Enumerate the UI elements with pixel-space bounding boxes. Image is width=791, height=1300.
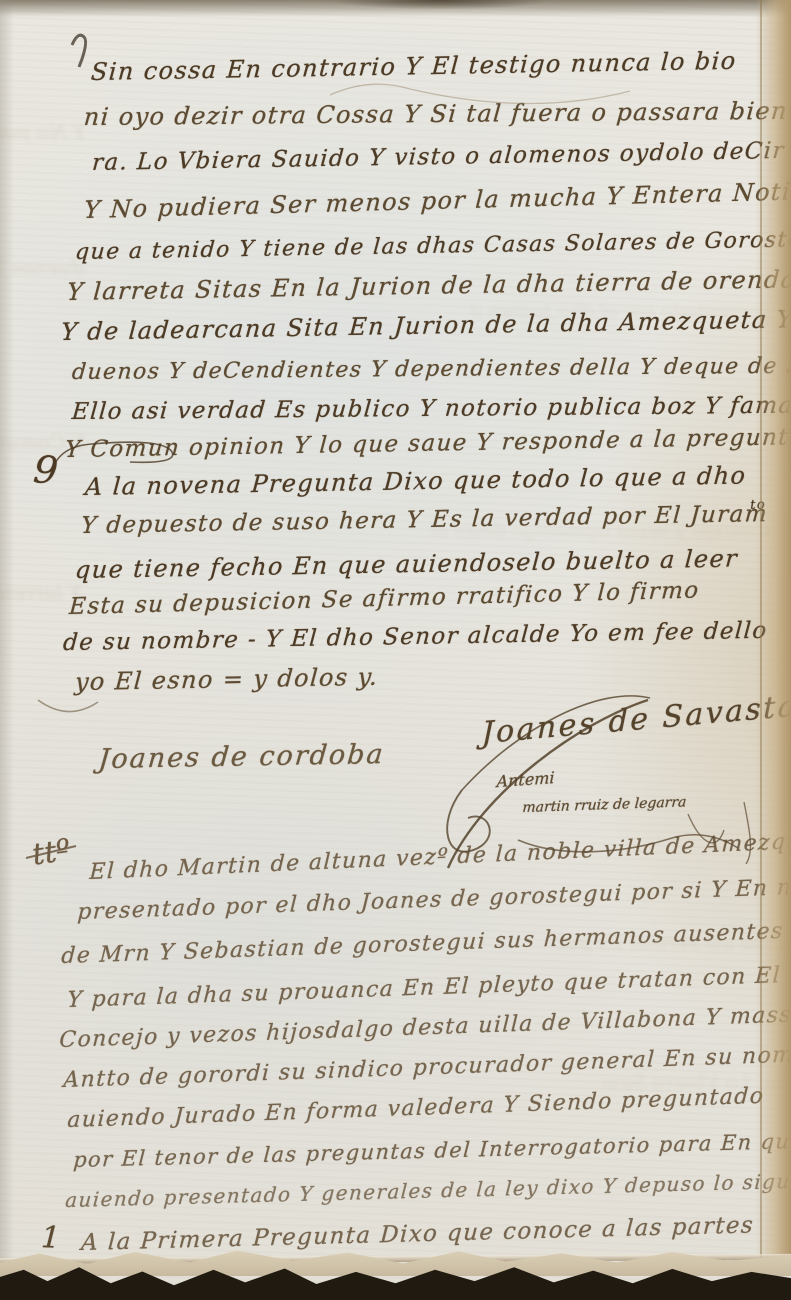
manuscript-line: El dho Martin de altuna vezº de la noble…: [89, 827, 791, 885]
manuscript-line: Y de ladearcana Sita En Jurion de la dha…: [60, 305, 791, 346]
ante-mi-note: Antemi: [496, 768, 555, 791]
manuscript-line: ra. Lo Vbiera Sauido Y visto o alomenos …: [91, 138, 786, 176]
margin-question-number-nine: 9: [31, 447, 60, 493]
manuscript-line: A la novena Pregunta Dixo que todo lo qu…: [84, 461, 747, 501]
alcalde-signature: Joanes de Savastain: [481, 685, 791, 751]
page-top-smudge: [330, 0, 550, 14]
manuscript-line: Esta su depusicion Se afirmo rratifico Y…: [68, 577, 700, 620]
manuscript-line: Y depuesto de suso hera Y Es la verdad p…: [80, 501, 769, 539]
page-left-gutter-shadow: [0, 0, 14, 1300]
manuscript-line: Y Comun opinion Y lo que saue Y responde…: [64, 424, 791, 463]
manuscript-line: Ello asi verdad Es publico Y notorio pub…: [71, 393, 791, 425]
witness-signature: Joanes de cordoba: [97, 739, 386, 775]
manuscript-line: auiendo Jurado En forma valedera Y Siend…: [67, 1084, 765, 1133]
margin-witness-abbreviation: ttº: [30, 833, 73, 873]
manuscript-line: ni oyo dezir otra Cossa Y Si tal fuera o…: [83, 96, 791, 131]
margin-question-number-one: 1: [40, 1220, 61, 1256]
manuscript-line: Y No pudiera Ser menos por la mucha Y En…: [83, 176, 791, 224]
manuscript-page: Y No pudiera Ser menos por la mucha Y En…: [0, 0, 791, 1300]
manuscript-line: de Mrn Y Sebastian de gorostegui sus her…: [61, 919, 785, 969]
manuscript-line: duenos Y deCendientes Y dependientes del…: [71, 353, 791, 385]
manuscript-line: auiendo presentado Y generales de la ley…: [65, 1167, 791, 1212]
ink-blot-mark: [72, 35, 86, 67]
paragraph-end-swash: [38, 700, 98, 712]
manuscript-line: de su nombre - Y El dho Senor alcalde Yo…: [62, 618, 768, 656]
manuscript-line: Sin cossa En contrario Y El testigo nunc…: [90, 47, 738, 86]
notary-signature: martin rruiz de legarra: [522, 794, 687, 816]
page-right-edge-line: [760, 0, 762, 1266]
manuscript-line: yo El esno = y dolos y.: [74, 663, 379, 696]
manuscript-line: Concejo y vezos hijosdalgo desta uilla d…: [59, 1002, 791, 1053]
manuscript-line: que a tenido Y tiene de las dhas Casas S…: [74, 227, 791, 265]
manuscript-line: A la Primera Pregunta Dixo que conoce a …: [80, 1212, 755, 1256]
manuscript-line: por El tenor de las preguntas del Interr…: [73, 1129, 791, 1172]
manuscript-line: Y larreta Sitas En la Jurion de la dha t…: [66, 265, 791, 306]
